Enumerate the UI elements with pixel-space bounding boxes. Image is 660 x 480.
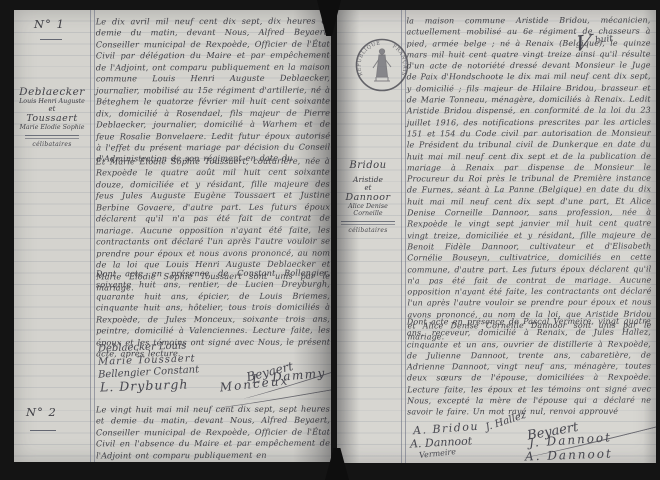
left-margin-rule-inner bbox=[94, 10, 95, 462]
act1-conjunction: et bbox=[15, 105, 89, 113]
act1-groom-surname: Deblaecker bbox=[15, 86, 89, 98]
left-page: N° 1 Deblaecker Louis Henri Auguste et T… bbox=[14, 10, 331, 462]
act2-bride-firstnames: Alice Denise Corneille bbox=[337, 203, 399, 217]
act2-margin-names: Bridou Aristide et Dannoor Alice Denise … bbox=[337, 160, 399, 234]
act1-number-dash bbox=[40, 39, 62, 40]
act1-paragraph-groom: Le dix avril mil neuf cent dix sept, dix… bbox=[96, 16, 331, 166]
act2-conjunction: et bbox=[337, 184, 399, 192]
act2-number-dash bbox=[30, 430, 56, 431]
act2-paragraph-main: la maison commune Aristide Bridou, mécan… bbox=[406, 15, 651, 343]
act2-paragraph-witnesses: Dont acte en présence de Pascal Vermeire… bbox=[407, 316, 651, 419]
register-scan: N° 1 Deblaecker Louis Henri Auguste et T… bbox=[0, 0, 660, 480]
act2-margin-separator bbox=[341, 221, 395, 225]
act1-signature-witness-2: L. Dryburgh bbox=[100, 376, 189, 394]
act1-number: N° 1 bbox=[34, 17, 65, 31]
act1-bride-firstnames: Marie Elodie Sophie bbox=[15, 124, 89, 131]
act1-margin-separator bbox=[25, 135, 79, 139]
act2-groom-surname: Bridou bbox=[337, 160, 399, 171]
act2-bride-surname: Dannoor bbox=[337, 192, 399, 203]
act2-status-note: célibataires bbox=[337, 227, 399, 234]
act2-groom-firstnames: Aristide bbox=[337, 175, 399, 184]
right-page: RÉPUBLIQUE FRANÇAISE Vhuit Bridou Aristi… bbox=[337, 10, 656, 463]
left-margin-rule-outer bbox=[90, 10, 91, 462]
act2-opening-paragraph: Le vingt huit mai mil neuf cent dix sept… bbox=[96, 404, 330, 462]
act1-groom-firstnames: Louis Henri Auguste bbox=[15, 98, 89, 105]
republique-francaise-stamp-icon: RÉPUBLIQUE FRANÇAISE bbox=[353, 36, 411, 94]
act2-signature-bride: A. Dannoot bbox=[525, 446, 613, 463]
act1-margin-names: Deblaecker Louis Henri Auguste et Toussa… bbox=[15, 86, 89, 148]
act2-number: N° 2 bbox=[26, 405, 57, 419]
act1-bride-surname: Toussaert bbox=[15, 113, 89, 124]
stamp-figure bbox=[373, 49, 391, 81]
act1-status-note: célibataires bbox=[15, 141, 89, 148]
